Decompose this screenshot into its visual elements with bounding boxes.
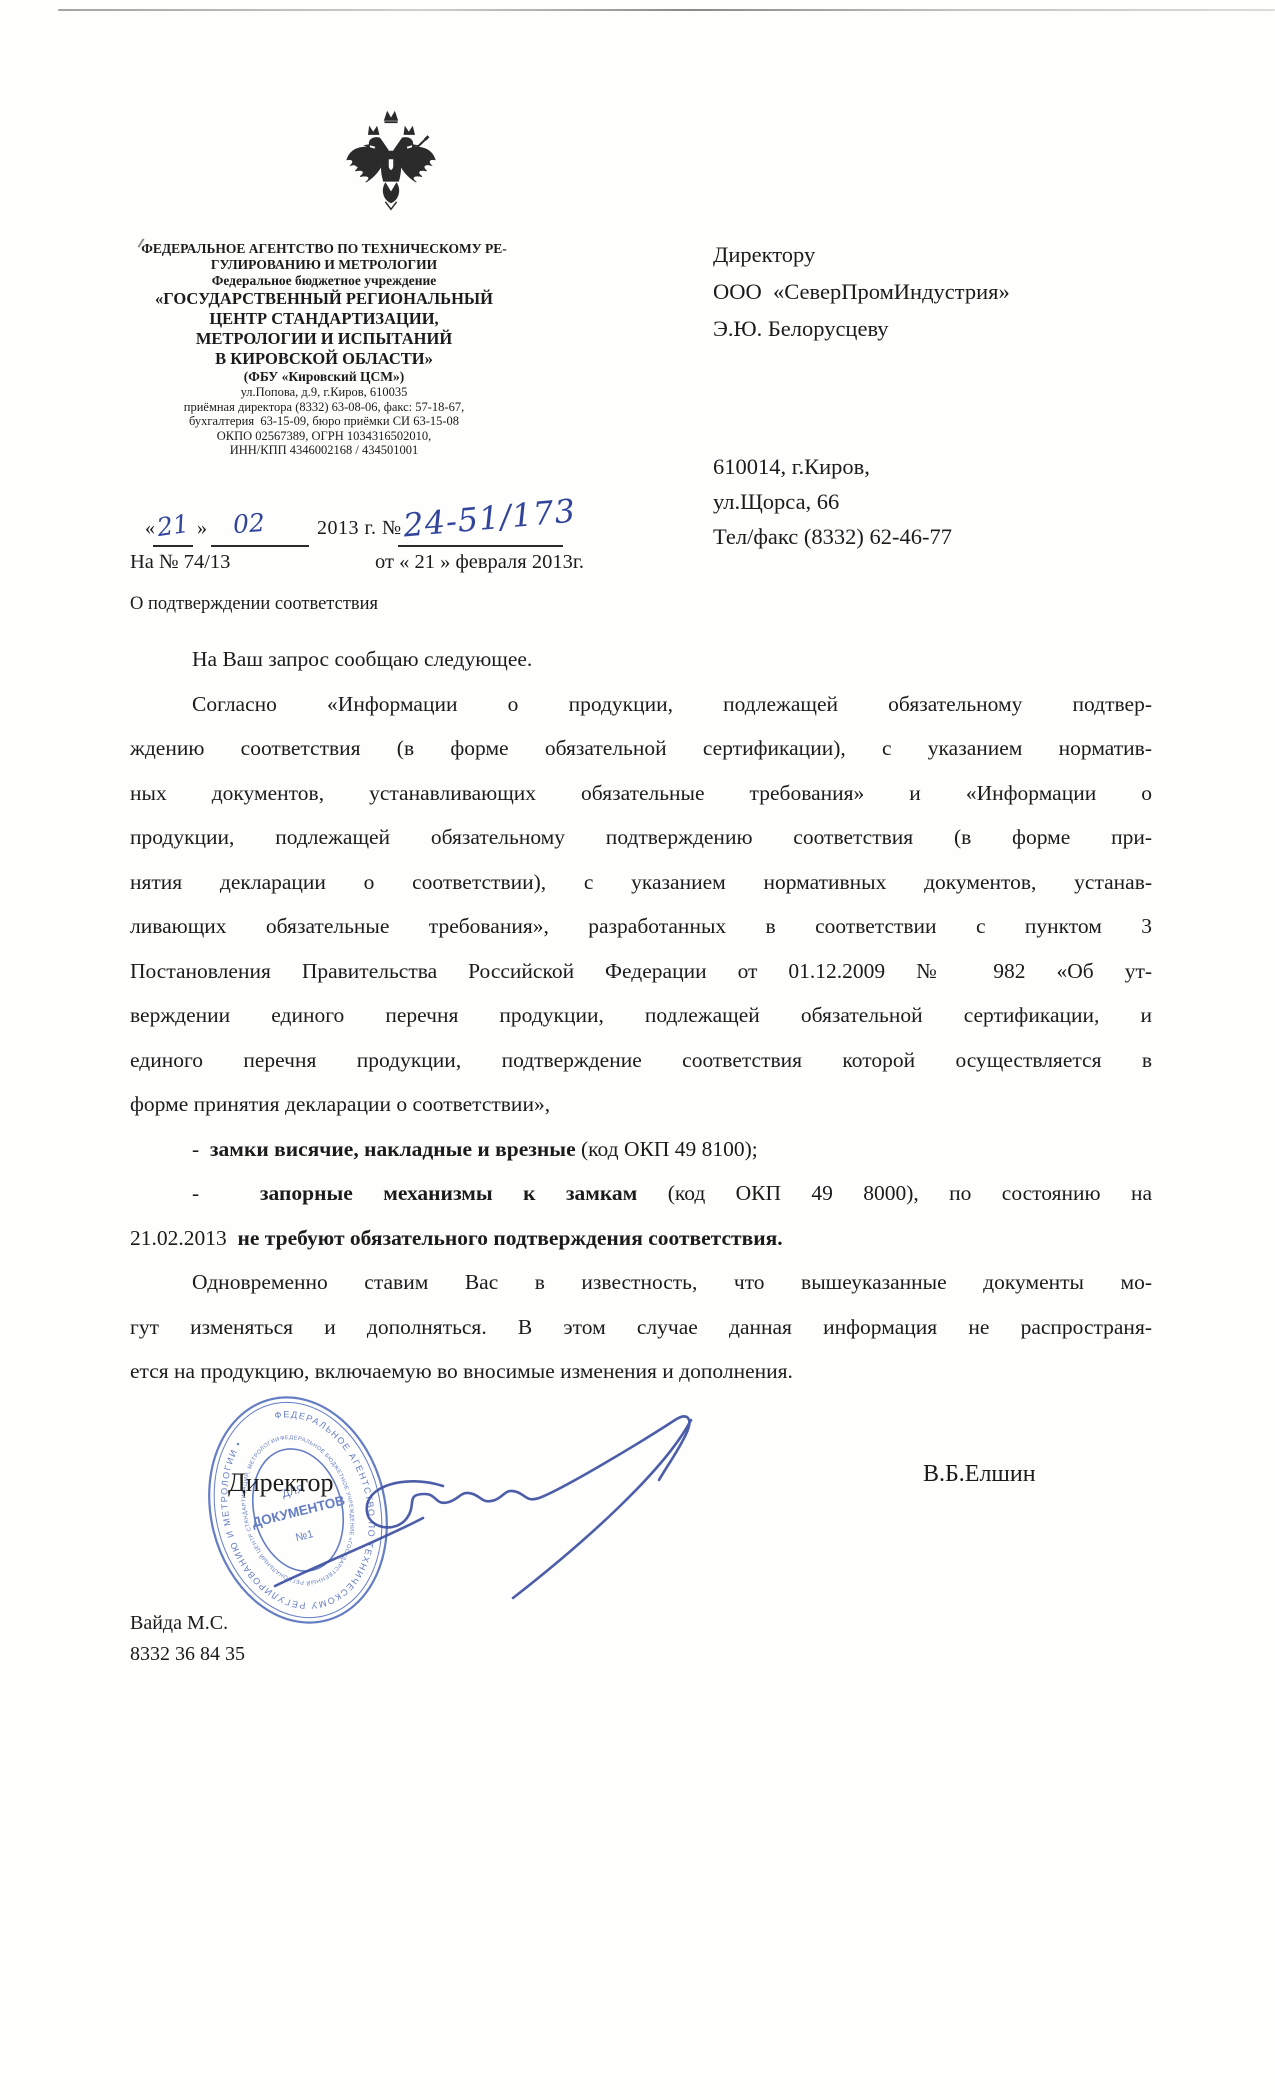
body-line-segment: верждении единого перечня продукции, под…	[130, 1003, 1152, 1027]
subject-line: О подтверждении соответствия	[130, 594, 378, 615]
recipient-company: ООО «СеверПромИндустрия»	[713, 273, 1010, 310]
executor-name: Вайда М.С.	[130, 1608, 245, 1639]
body-line: - замки висячие, накладные и врезные (ко…	[130, 1127, 1152, 1172]
body-line-segment: форме принятия декларации о соответствии…	[130, 1092, 550, 1116]
recipient-block: Директору ООО «СеверПромИндустрия» Э.Ю. …	[713, 236, 1010, 347]
body-line-segment: ется на продукцию, включаемую во вносимы…	[130, 1359, 793, 1383]
incoming-date: от « 21 » февраля 2013г.	[375, 551, 584, 574]
body-line: Согласно «Информации о продукции, подлеж…	[130, 682, 1152, 727]
letterhead-org-name-line4: В КИРОВСКОЙ ОБЛАСТИ»	[128, 349, 520, 369]
body-line-segment: На Ваш запрос сообщаю следующее.	[192, 647, 532, 671]
body-line: ных документов, устанавливающих обязател…	[130, 771, 1152, 816]
body-line-segment: (код ОКП 49 8000), по состоянию на	[637, 1181, 1152, 1205]
body-line-segment: Согласно «Информации о продукции, подлеж…	[192, 692, 1152, 716]
signatory-name: В.Б.Елшин	[923, 1461, 1036, 1488]
recipient-title: Директору	[713, 236, 1010, 273]
letterhead-codes1: ОКПО 02567389, ОГРН 1034316502010,	[128, 429, 520, 444]
scan-artifact-line	[58, 9, 1275, 11]
month-underline	[211, 545, 309, 547]
body-line-segment: ждению соответствия (в форме обязательно…	[130, 736, 1152, 760]
body-line-segment: не требуют обязательного подтверждения с…	[238, 1226, 783, 1250]
body-line-segment: нятия декларации о соответствии), с указ…	[130, 870, 1152, 894]
body-line-segment: гут изменяться и дополняться. В этом слу…	[130, 1315, 1152, 1339]
body-line-segment: Постановления Правительства Российской Ф…	[130, 959, 1152, 983]
coat-of-arms-emblem	[344, 110, 438, 228]
document-page: ФЕДЕРАЛЬНОЕ АГЕНТСТВО ПО ТЕХНИЧЕСКОМУ РЕ…	[0, 0, 1275, 2100]
body-line: ливающих обязательные требования», разра…	[130, 904, 1152, 949]
body-line: - запорные механизмы к замкам (код ОКП 4…	[130, 1171, 1152, 1216]
letterhead-phones2: бухгалтерия 63-15-09, бюро приёмки СИ 63…	[128, 414, 520, 429]
body-line: единого перечня продукции, подтверждение…	[130, 1038, 1152, 1083]
recipient-postcode-city: 610014, г.Киров,	[713, 449, 952, 484]
body-line: гут изменяться и дополняться. В этом слу…	[130, 1305, 1152, 1350]
handwritten-month: 02	[232, 508, 266, 539]
letterhead-address: ул.Попова, д.9, г.Киров, 610035	[128, 385, 520, 400]
body-line-segment: 21.02.2013	[130, 1226, 238, 1250]
letterhead-org-name-line3: МЕТРОЛОГИИ И ИСПЫТАНИЙ	[128, 329, 520, 349]
handwritten-outgoing-number: 24-51/173	[402, 492, 578, 545]
body-line: ется на продукцию, включаемую во вносимы…	[130, 1349, 1152, 1394]
recipient-street: ул.Щорса, 66	[713, 484, 952, 519]
body-line: верждении единого перечня продукции, под…	[130, 993, 1152, 1038]
letterhead-phones1: приёмная директора (8332) 63-08-06, факс…	[128, 400, 520, 415]
body-line: Постановления Правительства Российской Ф…	[130, 949, 1152, 994]
body-line: продукции, подлежащей обязательному подт…	[130, 815, 1152, 860]
letterhead-agency-line1: ФЕДЕРАЛЬНОЕ АГЕНТСТВО ПО ТЕХНИЧЕСКОМУ РЕ…	[128, 241, 520, 257]
letterhead: ФЕДЕРАЛЬНОЕ АГЕНТСТВО ПО ТЕХНИЧЕСКОМУ РЕ…	[128, 241, 520, 458]
executor-phone: 8332 36 84 35	[130, 1639, 245, 1670]
recipient-phone: Тел/факс (8332) 62-46-77	[713, 519, 952, 554]
body-line-segment: -	[192, 1137, 210, 1161]
body-line: Одновременно ставим Вас в известность, ч…	[130, 1260, 1152, 1305]
recipient-person: Э.Ю. Белорусцеву	[713, 310, 1010, 347]
body-line-segment: ливающих обязательные требования», разра…	[130, 914, 1152, 938]
letterhead-org-short: (ФБУ «Кировский ЦСМ»)	[128, 369, 520, 385]
day-underline	[153, 545, 193, 547]
executor-block: Вайда М.С. 8332 36 84 35	[130, 1608, 245, 1670]
incoming-reference: На № 74/13	[130, 551, 230, 574]
number-underline	[398, 545, 563, 547]
handwritten-day: 21	[155, 509, 191, 542]
recipient-address-block: 610014, г.Киров, ул.Щорса, 66 Тел/факс (…	[713, 449, 952, 554]
body-line-segment: (код ОКП 49 8100);	[576, 1137, 758, 1161]
letterhead-org-name-line2: ЦЕНТР СТАНДАРТИЗАЦИИ,	[128, 309, 520, 329]
body-line-segment: Одновременно ставим Вас в известность, ч…	[192, 1270, 1152, 1294]
body-line-segment: ных документов, устанавливающих обязател…	[130, 781, 1152, 805]
body-line-segment: единого перечня продукции, подтверждение…	[130, 1048, 1152, 1072]
body-text: На Ваш запрос сообщаю следующее.Согласно…	[130, 637, 1152, 1394]
body-line-segment: -	[192, 1181, 260, 1205]
body-line-segment: запорные механизмы к замкам	[260, 1181, 637, 1205]
body-line: ждению соответствия (в форме обязательно…	[130, 726, 1152, 771]
body-line: На Ваш запрос сообщаю следующее.	[130, 637, 1152, 682]
body-line: форме принятия декларации о соответствии…	[130, 1082, 1152, 1127]
body-line: 21.02.2013 не требуют обязательного подт…	[130, 1216, 1152, 1261]
date-open-quote: «	[145, 517, 155, 540]
letterhead-codes2: ИНН/КПП 4346002168 / 434501001	[128, 443, 520, 458]
signature-ink	[255, 1390, 735, 1615]
letterhead-agency-line2: ГУЛИРОВАНИЮ И МЕТРОЛОГИИ	[128, 257, 520, 273]
body-line: нятия декларации о соответствии), с указ…	[130, 860, 1152, 905]
body-line-segment: продукции, подлежащей обязательному подт…	[130, 825, 1152, 849]
year-number-label: 2013 г. №	[317, 517, 402, 540]
date-close-quote: »	[197, 517, 207, 540]
letterhead-org-name-line1: «ГОСУДАРСТВЕННЫЙ РЕГИОНАЛЬНЫЙ	[128, 289, 520, 309]
body-line-segment: замки висячие, накладные и врезные	[210, 1137, 576, 1161]
letterhead-org-type: Федеральное бюджетное учреждение	[128, 273, 520, 289]
